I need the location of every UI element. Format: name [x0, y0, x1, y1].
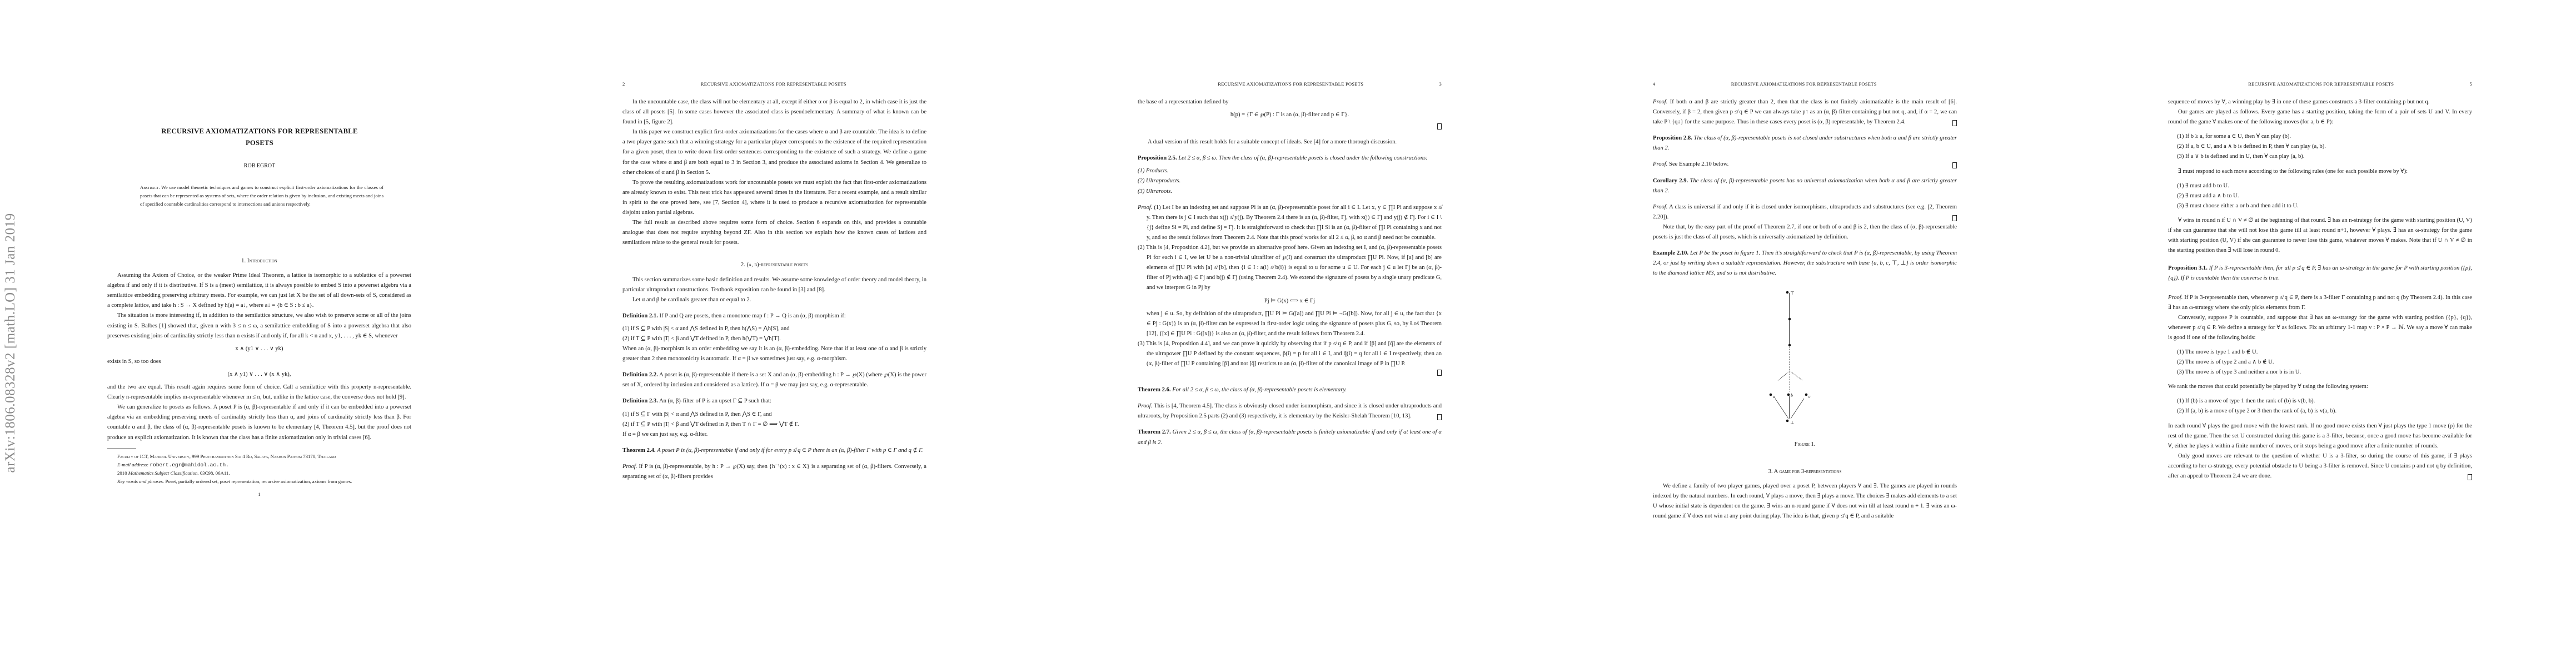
- paragraph: We rank the moves that could potentially…: [2168, 382, 2472, 392]
- proof-text: If both α and β are strictly greater tha…: [1653, 99, 1957, 125]
- list-item: (3) ∃ must choose either a or b and then…: [2168, 201, 2472, 211]
- list-item: (1) The move is type 1 and b ∉ U.: [2168, 347, 2472, 357]
- running-head-title: RECURSIVE AXIOMATIZATIONS FOR REPRESENTA…: [1142, 81, 1439, 87]
- corollary-text: The class of (α, β)-representable posets…: [1653, 178, 1957, 194]
- proof-text: A class is universal if and only if it i…: [1653, 204, 1957, 220]
- definition-label: Definition 2.2.: [622, 372, 658, 378]
- poset-hasse-diagram: [1653, 287, 1957, 436]
- proof-label: Proof.: [1138, 403, 1152, 409]
- title-line-1: RECURSIVE AXIOMATIZATIONS FOR REPRESENTA…: [123, 126, 396, 137]
- proof-part-2: (2) This is [4, Proposition 4.2], but we…: [1138, 243, 1442, 293]
- theorem-label: Theorem 2.4.: [622, 447, 656, 454]
- running-head: RECURSIVE AXIOMATIZATIONS FOR REPRESENTA…: [1138, 81, 1442, 87]
- running-head: 4 RECURSIVE AXIOMATIZATIONS FOR REPRESEN…: [1653, 81, 1957, 87]
- proof-label: Proof.: [1653, 204, 1667, 210]
- proof-part-2b: when j ∈ u. So, by definition of the ult…: [1138, 309, 1442, 339]
- page-5: RECURSIVE AXIOMATIZATIONS FOR REPRESENTA…: [2061, 0, 2576, 667]
- display-equation-1: x ∧ (y1 ∨ . . . ∨ yk): [107, 344, 411, 354]
- proposition-text: Let 2 ≤ α, β ≤ ω. Then the class of (α, …: [1178, 155, 1427, 161]
- theorem-text: For all 2 ≤ α, β ≤ ω, the class of (α, β…: [1172, 387, 1347, 393]
- node-a: [1770, 394, 1772, 396]
- running-head-title: RECURSIVE AXIOMATIZATIONS FOR REPRESENTA…: [1656, 81, 1953, 87]
- theorem-label: Theorem 2.6.: [1138, 387, 1171, 393]
- proof-text: If P is (α, β)-representable, by h : P →…: [622, 464, 926, 480]
- theorem-2-6: Theorem 2.6. For all 2 ≤ α, β ≤ ω, the c…: [1138, 385, 1442, 395]
- paragraph: Our games are played as follows. Every g…: [2168, 107, 2472, 127]
- proposition-label: Proposition 2.5.: [1138, 155, 1177, 161]
- node-2: [1788, 318, 1791, 321]
- list-item: (1) If b ≥ a, for some a ∈ U, then ∀ can…: [2168, 132, 2472, 142]
- footnote-rule: [107, 449, 136, 449]
- proof-label: Proof.: [1653, 99, 1667, 105]
- theorem-text: Given 2 ≤ α, β ≤ ω, the class of (α, β)-…: [1138, 429, 1442, 445]
- page-number: 3: [1439, 81, 1442, 87]
- node-label-c: c: [1808, 392, 1811, 402]
- running-head: 2 RECURSIVE AXIOMATIZATIONS FOR REPRESEN…: [622, 81, 926, 87]
- display-equation-2: (x ∧ y1) ∨ . . . ∨ (x ∧ yk),: [107, 370, 411, 380]
- proof-2-5: Proof. (1) Let I be an indexing set and …: [1138, 203, 1442, 380]
- qed-icon: [1952, 162, 1957, 168]
- definition-text: If P and Q are posets, then a monotone m…: [660, 313, 846, 319]
- definition-label: Definition 2.3.: [622, 398, 658, 404]
- abstract-label: Abstract.: [140, 185, 160, 190]
- definition-label: Definition 2.1.: [622, 313, 658, 319]
- proof-2-8: Proof. See Example 2.10 below.: [1653, 160, 1957, 170]
- qed-icon: [1437, 414, 1442, 420]
- list-item: (1) If (b) is a move of type 1 then the …: [2168, 396, 2472, 406]
- list-item: (2) ∃ must add a ∧ b to U.: [2168, 191, 2472, 201]
- paragraph: In the uncountable case, the class will …: [622, 97, 926, 127]
- node-label-bottom: ⊥: [1790, 418, 1795, 428]
- abstract: Abstract. We use model theoretic techniq…: [140, 183, 383, 208]
- abstract-text: We use model theoretic techniques and ga…: [140, 185, 383, 207]
- paragraph: In this paper we construct explicit firs…: [622, 127, 926, 177]
- node-bottom: [1786, 420, 1789, 422]
- list-item: (2) if T ⊆ P with |T| < β and ⋁T defined…: [622, 420, 926, 430]
- proof-part-1: (1) Let I be an indexing set and suppose…: [1147, 205, 1442, 241]
- qed-icon: [1437, 370, 1442, 376]
- figure-1-poset-diagram: ⊤ a b c ⊥: [1653, 287, 1957, 436]
- proof-2-7: Proof. If both α and β are strictly grea…: [1653, 97, 1957, 127]
- proposition-text: The class of (α, β)-representable posets…: [1653, 135, 1957, 151]
- proof-2-9: Proof. A class is universal if and only …: [1653, 202, 1957, 222]
- running-head-title: RECURSIVE AXIOMATIZATIONS FOR REPRESENTA…: [2173, 81, 2470, 87]
- theorem-2-4: Theorem 2.4. A poset P is (α, β)-represe…: [622, 446, 926, 456]
- list-item: (3) The move is of type 3 and neither a …: [2168, 367, 2472, 377]
- page-4: 4 RECURSIVE AXIOMATIZATIONS FOR REPRESEN…: [1546, 0, 2061, 667]
- page-3-body: the base of a representation defined by …: [1138, 97, 1442, 448]
- intro-paragraph-1: Assuming the Axiom of Choice, or the wea…: [107, 271, 411, 311]
- footnotes: Faculty of ICT, Mahidol University, 999 …: [107, 452, 411, 486]
- list-item: (1) Products.: [1138, 166, 1442, 176]
- list-item: (2) If (a, b) is a move of type 2 or 3 t…: [2168, 406, 2472, 416]
- proposition-label: Proposition 2.8.: [1653, 135, 1692, 141]
- paragraph: Only good moves are relevant to the ques…: [2168, 453, 2472, 479]
- qed-icon: [1952, 120, 1957, 126]
- node-3: [1788, 344, 1791, 347]
- paragraph: ∀ wins in round n if U ∩ V ≠ ∅ at the be…: [2168, 216, 2472, 256]
- theorem-2-7: Theorem 2.7. Given 2 ≤ α, β ≤ ω, the cla…: [1138, 427, 1442, 447]
- definition-text: A poset is (α, β)-representable if there…: [622, 372, 926, 388]
- intro-paragraph-2c: and the two are equal. This result again…: [107, 382, 411, 402]
- definition-2-3: Definition 2.3. An (α, β)-filter of P is…: [622, 396, 926, 439]
- qed-icon: [2468, 474, 2472, 480]
- theorem-label: Theorem 2.7.: [1138, 429, 1171, 435]
- proof-text: See Example 2.10 below.: [1669, 161, 1728, 167]
- running-head-title: RECURSIVE AXIOMATIZATIONS FOR REPRESENTA…: [625, 81, 923, 87]
- author: ROB EGROT: [123, 161, 396, 171]
- paragraph: We define a family of two player games, …: [1653, 481, 1957, 521]
- list-item: (1) if S ⊆ Γ with |S| < α and ⋀S defined…: [622, 410, 926, 420]
- proof-3-1: Proof. If P is 3-representable then, whe…: [2168, 293, 2472, 482]
- example-text: Let P be the poset in figure 1. Then it’…: [1653, 250, 1957, 276]
- display-equation: h(p) = {Γ ∈ ℘(P) : Γ is an (α, β)-filter…: [1138, 110, 1442, 120]
- example-2-10: Example 2.10. Let P be the poset in figu…: [1653, 248, 1957, 278]
- paragraph: The full result as described above requi…: [622, 218, 926, 248]
- paragraph: Note that, by the easy part of the proof…: [1653, 222, 1957, 242]
- list-item: (2) If a, b ∈ U, and a ∧ b is defined in…: [2168, 142, 2472, 152]
- paragraph: If α = β we can just say, e.g. α-filter.: [622, 430, 926, 440]
- msc-year: 2010: [117, 470, 127, 476]
- page-number: 5: [2470, 81, 2473, 87]
- paragraph: Let α and β be cardinals greater than or…: [622, 295, 926, 305]
- corollary-2-9: Corollary 2.9. The class of (α, β)-repre…: [1653, 176, 1957, 196]
- proof-part-3: (3) This is [4, Proposition 4.4], and we…: [1138, 339, 1442, 369]
- proposition-text: If P is 3-representable then, for all p …: [2168, 265, 2472, 281]
- paragraph: When an (α, β)-morphism is an order embe…: [622, 344, 926, 364]
- page-2-body: In the uncountable case, the class will …: [622, 97, 926, 482]
- page-4-body: Proof. If both α and β are strictly grea…: [1653, 97, 1957, 521]
- page-number: 1: [107, 489, 411, 499]
- node-top: [1786, 291, 1789, 294]
- proof-label: Proof.: [622, 464, 637, 470]
- title-block: RECURSIVE AXIOMATIZATIONS FOR REPRESENTA…: [123, 126, 396, 208]
- qed-icon: [1437, 123, 1442, 130]
- arxiv-stamp: arXiv:1806.08328v2 [math.LO] 31 Jan 2019: [2, 151, 19, 535]
- node-b: [1787, 394, 1790, 396]
- section-heading-representable-posets: 2. (α, β)-representable posets: [622, 260, 926, 270]
- intro-paragraph-2b: exists in S, so too does: [107, 357, 411, 367]
- page-2: 2 RECURSIVE AXIOMATIZATIONS FOR REPRESEN…: [515, 0, 1030, 667]
- paragraph: In each round ∀ plays the good move with…: [2168, 421, 2472, 451]
- paragraph: sequence of moves by ∀, a winning play b…: [2168, 97, 2472, 107]
- proposition-label: Proposition 3.1.: [2168, 265, 2208, 271]
- paragraph: To prove the resulting axiomatizations w…: [622, 178, 926, 218]
- node-label-top: ⊤: [1790, 288, 1795, 298]
- keywords-label: Key words and phrases.: [117, 479, 164, 484]
- node-c: [1805, 394, 1808, 396]
- definition-2-1: Definition 2.1. If P and Q are posets, t…: [622, 311, 926, 364]
- list-item: (1) if S ⊆ P with |S| < α and ⋀S defined…: [622, 324, 926, 334]
- proposition-2-8: Proposition 2.8. The class of (α, β)-rep…: [1653, 133, 1957, 153]
- section-heading-game: 3. A game for 3-representations: [1653, 467, 1957, 477]
- proof-label: Proof.: [1138, 205, 1152, 211]
- email-link[interactable]: robert.egr@mahidol.ac.th.: [150, 462, 229, 468]
- page-5-body: sequence of moves by ∀, a winning play b…: [2168, 97, 2472, 481]
- proposition-3-1: Proposition 3.1. If P is 3-representable…: [2168, 263, 2472, 283]
- proof-text: This is [4, Theorem 4.5]. The class is o…: [1138, 403, 1442, 419]
- list-item: (3) If a ∨ b is defined and in U, then ∀…: [2168, 152, 2472, 162]
- proof-text: If P is 3-representable then, whenever p…: [2168, 295, 2472, 311]
- qed-icon: [1952, 215, 1957, 221]
- display-equation: Pj ⊨ G(x) ⟺ x ∈ Γj: [1138, 296, 1442, 306]
- definition-text: An (α, β)-filter of P is an upset Γ ⊆ P …: [659, 398, 771, 404]
- title-line-2: POSETS: [123, 137, 396, 149]
- list-item: (2) Ultraproducts.: [1138, 176, 1442, 186]
- keywords: Poset, partially ordered set, poset repr…: [165, 479, 352, 484]
- page-3: RECURSIVE AXIOMATIZATIONS FOR REPRESENTA…: [1030, 0, 1546, 667]
- proof-label: Proof.: [1653, 161, 1667, 167]
- page-1-body: 1. Introduction Assuming the Axiom of Ch…: [107, 256, 411, 499]
- paper-title: RECURSIVE AXIOMATIZATIONS FOR REPRESENTA…: [123, 126, 396, 149]
- paragraph: the base of a representation defined by: [1138, 97, 1442, 107]
- section-heading-introduction: 1. Introduction: [107, 256, 411, 266]
- paragraph: This section summarizes some basic defin…: [622, 275, 926, 295]
- example-label: Example 2.10.: [1653, 250, 1688, 256]
- intro-paragraph-2: The situation is more interesting if, in…: [107, 311, 411, 341]
- corollary-label: Corollary 2.9.: [1653, 178, 1688, 184]
- proof-text: Conversely, suppose P is countable, and …: [2168, 313, 2472, 343]
- paragraph: ∃ must respond to each move according to…: [2168, 167, 2472, 177]
- node-label-b: b: [1791, 391, 1793, 401]
- list-item: (1) ∃ must add b to U.: [2168, 181, 2472, 191]
- definition-2-2: Definition 2.2. A poset is (α, β)-repres…: [622, 370, 926, 390]
- email-label: E-mail address:: [117, 462, 148, 467]
- msc-label: Mathematics Subject Classification.: [128, 470, 199, 476]
- affiliation: Faculty of ICT, Mahidol University, 999 …: [107, 452, 411, 461]
- msc-codes: 03C98, 06A11.: [200, 470, 230, 476]
- list-item: (2) if T ⊆ P with |T| < β and ⋁T defined…: [622, 334, 926, 344]
- proof-2-4: Proof. If P is (α, β)-representable, by …: [622, 462, 926, 482]
- proof-2-6: Proof. This is [4, Theorem 4.5]. The cla…: [1138, 401, 1442, 421]
- proof-label: Proof.: [2168, 295, 2183, 301]
- page-1: arXiv:1806.08328v2 [math.LO] 31 Jan 2019…: [0, 0, 515, 667]
- intro-paragraph-3: We can generalize to posets as follows. …: [107, 402, 411, 442]
- list-item: (3) Ultraroots.: [1138, 187, 1442, 197]
- proposition-2-5: Proposition 2.5. Let 2 ≤ α, β ≤ ω. Then …: [1138, 153, 1442, 196]
- paragraph: A dual version of this result holds for …: [1138, 137, 1442, 147]
- running-head: RECURSIVE AXIOMATIZATIONS FOR REPRESENTA…: [2168, 81, 2472, 87]
- figure-caption: Figure 1.: [1653, 440, 1957, 450]
- node-label-a: a: [1773, 392, 1775, 402]
- list-item: (2) The move is of type 2 and a ∧ b ∉ U.: [2168, 357, 2472, 367]
- theorem-text: A poset P is (α, β)-representable if and…: [657, 447, 923, 454]
- arxiv-stamp-text: arXiv:1806.08328v2 [math.LO] 31 Jan 2019: [3, 213, 18, 472]
